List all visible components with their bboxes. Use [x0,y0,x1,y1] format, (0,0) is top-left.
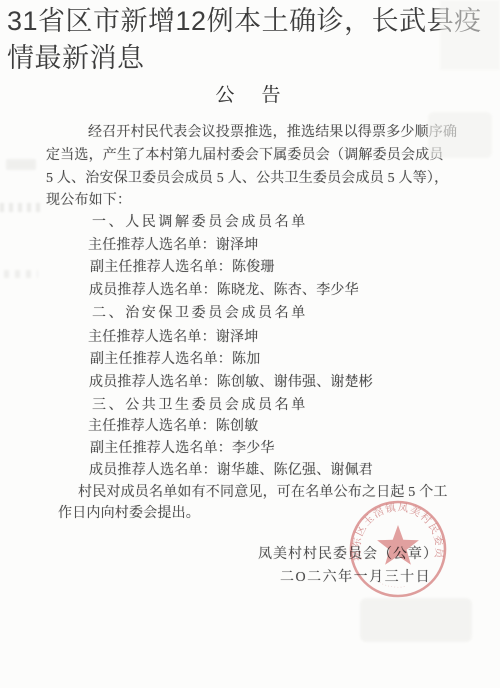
section-heading-2: 二、治安保卫委员会成员名单 [92,302,308,322]
notice-list-line: 副主任推荐人选名单：陈俊珊 [90,256,275,276]
svg-text:· · · · · · · · ·: · · · · · · · · · [377,580,405,591]
notice-list-line: 成员推荐人选名单：陈创敏、谢伟强、谢楚彬 [89,371,373,391]
notice-paragraph-line: 作日内向村委会提出。 [58,502,200,522]
scan-noise [360,598,472,642]
notice-list-line: 主任推荐人选名单：谢泽坤 [88,326,258,346]
official-seal: 揭东区玉滘镇凤美村民委员会 · · · · · · · · · [345,497,451,601]
notice-list-line: 主任推荐人选名单：谢泽坤 [88,234,258,254]
seal-star-icon [377,525,419,565]
notice-paragraph-line: 5 人、治安保卫委员会成员 5 人、公共卫生委员会成员 5 人等）， [46,167,448,187]
notice-list-line: 副主任推荐人选名单：李少华 [90,437,275,457]
section-heading-1: 一、人民调解委员会成员名单 [92,211,308,231]
notice-paragraph-line: 经召开村民代表会议投票推选，推选结果以得票多少顺序确 [88,121,457,141]
article-page: 31省区市新增12例本土确诊，长武县疫情最新消息 公 告 经召开村民代表会议投票… [0,0,500,688]
seal-bottom-marks: · · · · · · · · · [377,580,405,591]
scan-noise [6,159,36,170]
scan-noise [4,270,38,278]
section-heading-3: 三、公共卫生委员会成员名单 [92,394,308,414]
notice-paragraph-line: 定当选，产生了本村第九届村委会下属委员会（调解委员会成员 [46,144,444,164]
notice-title: 公 告 [0,80,500,107]
notice-paragraph-line: 现公布如下： [46,189,131,209]
scan-noise [0,203,44,212]
notice-list-line: 主任推荐人选名单：陈创敏 [88,415,258,435]
notice-list-line: 副主任推荐人选名单：陈加 [90,348,260,368]
article-headline: 31省区市新增12例本土确诊，长武县疫情最新消息 [7,3,497,77]
notice-list-line: 成员推荐人选名单：陈晓龙、陈杏、李少华 [89,279,359,299]
notice-list-line: 成员推荐人选名单：谢华雄、陈亿强、谢佩君 [89,459,373,479]
